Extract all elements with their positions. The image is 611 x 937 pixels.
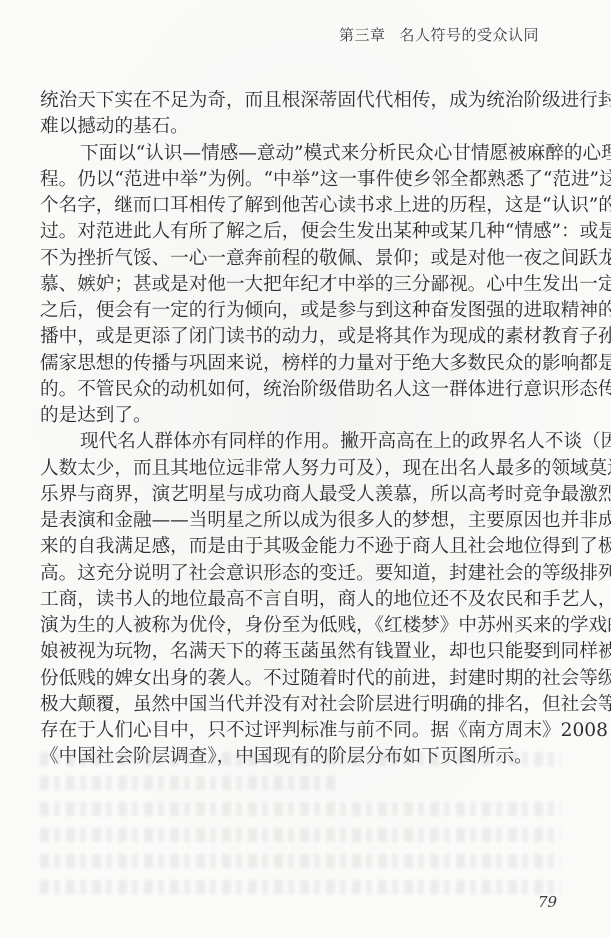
bleed-through-text — [40, 880, 561, 894]
text-line: 人数太少，而且其地位远非常人努力可及），现在出名人最多的领域莫过于娱 — [40, 456, 561, 482]
bleed-through-text — [40, 854, 561, 868]
bleed-through-text — [40, 752, 561, 766]
text-line: 演为生的人被称为优伶，身份至为低贱，《红楼梦》中苏州买来的学戏的小姑 — [40, 613, 561, 639]
page-number: 79 — [538, 893, 557, 911]
text-line: 是表演和金融——当明星之所以成为很多人的梦想，主要原因也并非成名所带 — [40, 508, 561, 534]
text-line: 统治天下实在不足为奇，而且根深蒂固代代相传，成为统治阶级进行封建专制 — [40, 88, 561, 114]
bleed-through-text — [40, 802, 561, 816]
text-line: 来的自我满足感，而是由于其吸金能力不逊于商人且社会地位得到了极大提 — [40, 534, 561, 560]
text-line: 之后，便会有一定的行为倾向，或是参与到这种奋发图强的进取精神的散布传 — [40, 298, 561, 324]
text-line: 不为挫折气馁、一心一意奔前程的敬佩、景仰；或是对他一夜之间跃龙门的羡 — [40, 246, 561, 272]
bleed-through-text — [40, 828, 561, 842]
chapter-title: 名人符号的受众认同 — [399, 26, 539, 44]
text-line: 播中，或是更添了闭门读书的动力，或是将其作为现成的素材教育子孙。对于 — [40, 324, 561, 350]
text-line: 娘被视为玩物，名满天下的蒋玉菡虽然有钱置业，却也只能娶到同样被认为身 — [40, 639, 561, 665]
text-line: 的。不管民众的动机如何，统治阶级借助名人这一群体进行意识形态传播的目 — [40, 377, 561, 403]
text-line: 下面以“认识—情感—意动”模式来分析民众心甘情愿被麻醉的心理过 — [40, 141, 561, 167]
text-line: 乐界与商界，演艺明星与成功商人最受人羡慕，所以高考时竞争最激烈的专业 — [40, 482, 561, 508]
text-line: 程。仍以“范进中举”为例。“中举”这一事件使乡邻全都熟悉了“范进”这 — [40, 167, 561, 193]
book-page: 第三章名人符号的受众认同 统治天下实在不足为奇，而且根深蒂固代代相传，成为统治阶… — [0, 0, 611, 937]
text-line: 儒家思想的传播与巩固来说，榜样的力量对于绝大多数民众的影响都是积极 — [40, 351, 561, 377]
chapter-number: 第三章 — [339, 26, 386, 44]
paragraph: 下面以“认识—情感—意动”模式来分析民众心甘情愿被麻醉的心理过程。仍以“范进中举… — [40, 141, 561, 430]
running-header: 第三章名人符号的受众认同 — [339, 24, 539, 45]
text-line: 存在于人们心目中，只不过评判标准与前不同。据《南方周末》2008 年的 — [40, 718, 561, 744]
bleed-through-text — [40, 776, 340, 790]
text-line: 个名字，继而口耳相传了解到他苦心读书求上进的历程，这是“认识”的经 — [40, 193, 561, 219]
paragraph: 统治天下实在不足为奇，而且根深蒂固代代相传，成为统治阶级进行封建专制难以撼动的基… — [40, 88, 561, 141]
text-line: 的是达到了。 — [40, 403, 561, 429]
text-line: 极大颠覆，虽然中国当代并没有对社会阶层进行明确的排名，但社会等级还是 — [40, 692, 561, 718]
text-line: 难以撼动的基石。 — [40, 114, 561, 140]
text-line: 份低贱的婢女出身的袭人。不过随着时代的前进，封建时期的社会等级早已被 — [40, 666, 561, 692]
text-line: 过。对范进此人有所了解之后，便会生发出某种或某几种“情感”：或是对他 — [40, 219, 561, 245]
text-line: 工商，读书人的地位最高不言自明，商人的地位还不及农民和手艺人，而以表 — [40, 587, 561, 613]
text-line: 现代名人群体亦有同样的作用。撇开高高在上的政界名人不谈（因为他们 — [40, 429, 561, 455]
text-line: 慕、嫉妒；甚或是对他一大把年纪才中举的三分鄙视。心中生发出一定的情感 — [40, 272, 561, 298]
paragraph: 现代名人群体亦有同样的作用。撇开高高在上的政界名人不谈（因为他们人数太少，而且其… — [40, 429, 561, 770]
body-text: 统治天下实在不足为奇，而且根深蒂固代代相传，成为统治阶级进行封建专制难以撼动的基… — [40, 88, 561, 771]
text-line: 高。这充分说明了社会意识形态的变迁。要知道，封建社会的等级排列为士农 — [40, 561, 561, 587]
